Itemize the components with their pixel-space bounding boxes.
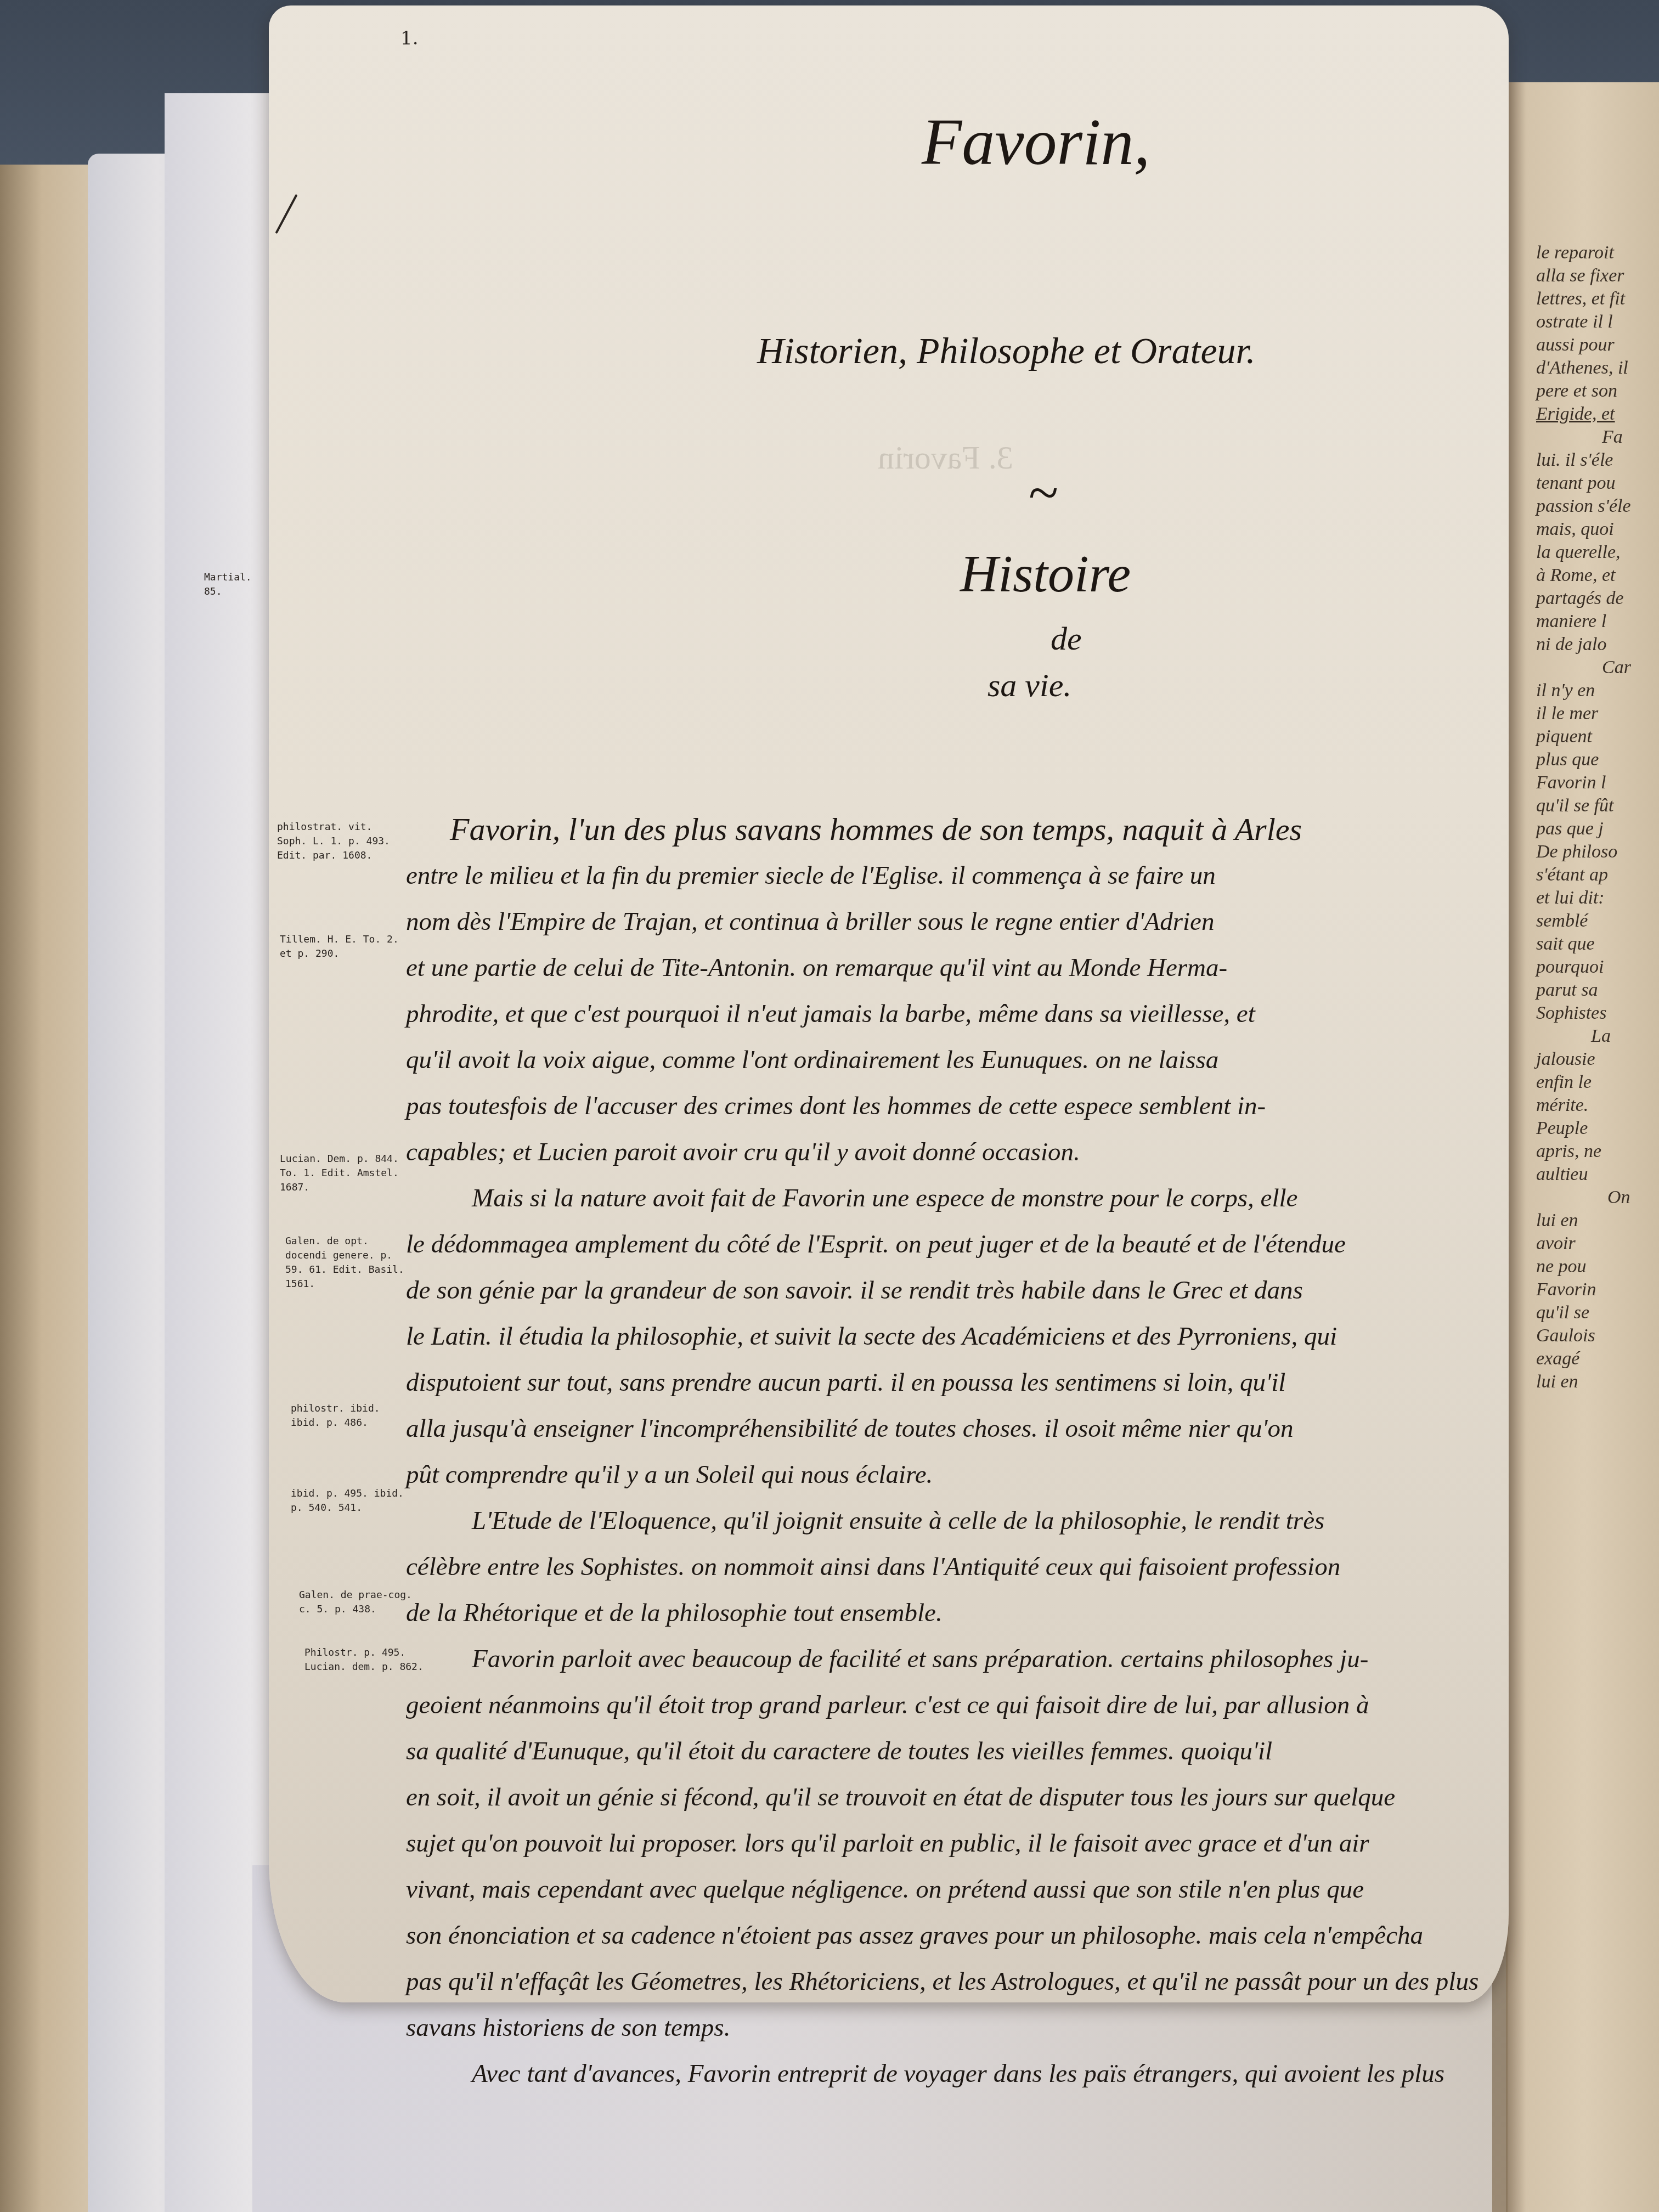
facing-line: ostrate il l <box>1536 311 1631 334</box>
ornament-tilde: ~ <box>1029 461 1058 524</box>
body-line: Favorin parloit avec beaucoup de facilit… <box>406 1636 1520 1682</box>
facing-line: Erigide, et <box>1536 403 1631 426</box>
page-subtitle: Historien, Philosophe et Orateur. <box>757 329 1256 373</box>
facing-line: aussi pour <box>1536 334 1631 357</box>
facing-line: aultieu <box>1536 1163 1631 1186</box>
body-line: Favorin, l'un des plus savans hommes de … <box>406 806 1520 853</box>
section-heading-sa-vie: sa vie. <box>988 667 1071 704</box>
margin-note-philostr-lucian: Philostr. p. 495. Lucian. dem. p. 862. <box>304 1646 425 1674</box>
body-line: de la Rhétorique et de la philosophie to… <box>406 1590 1520 1636</box>
body-line: L'Etude de l'Eloquence, qu'il joignit en… <box>406 1498 1520 1544</box>
facing-line: alla se fixer <box>1536 264 1631 287</box>
facing-line: piquent <box>1536 725 1631 748</box>
facing-line: plus que <box>1536 748 1631 771</box>
body-line: capables; et Lucien paroit avoir cru qu'… <box>406 1129 1520 1175</box>
facing-line: qu'il se <box>1536 1301 1631 1324</box>
body-line: sa qualité d'Eunuque, qu'il étoit du car… <box>406 1728 1520 1774</box>
facing-line: Peuple <box>1536 1117 1631 1140</box>
facing-line: il n'y en <box>1536 679 1631 702</box>
margin-note-philostrat: philostrat. vit. Soph. L. 1. p. 493. Edi… <box>277 820 398 863</box>
body-line: entre le milieu et la fin du premier sie… <box>406 853 1520 899</box>
section-heading: Histoire <box>960 543 1131 604</box>
body-line: pas toutesfois de l'accuser des crimes d… <box>406 1083 1520 1129</box>
body-line: le dédommagea amplement du côté de l'Esp… <box>406 1221 1520 1267</box>
facing-page-text: le reparoit alla se fixer lettres, et fi… <box>1536 241 1631 1393</box>
facing-line: Fa <box>1536 426 1631 449</box>
facing-line: ni de jalo <box>1536 633 1631 656</box>
margin-note-tillem: Tillem. H. E. To. 2. et p. 290. <box>280 933 400 961</box>
facing-line: La <box>1536 1025 1631 1048</box>
facing-line: qu'il se fût <box>1536 794 1631 817</box>
margin-note-galen-praecog: Galen. de prae-cog. c. 5. p. 438. <box>299 1588 420 1617</box>
facing-line: ne pou <box>1536 1255 1631 1278</box>
facing-line: Car <box>1536 656 1631 679</box>
margin-note-ibid: ibid. p. 495. ibid. p. 540. 541. <box>291 1487 411 1515</box>
facing-line: Favorin l <box>1536 771 1631 794</box>
facing-line: Favorin <box>1536 1278 1631 1301</box>
section-heading-de: de <box>1051 620 1082 658</box>
facing-line: à Rome, et <box>1536 564 1631 587</box>
facing-line: mais, quoi <box>1536 518 1631 541</box>
body-line: sujet qu'on pouvoit lui proposer. lors q… <box>406 1820 1520 1866</box>
facing-line: passion s'éle <box>1536 495 1631 518</box>
facing-line: Gaulois <box>1536 1324 1631 1347</box>
body-line: nom dès l'Empire de Trajan, et continua … <box>406 899 1520 945</box>
facing-line: jalousie <box>1536 1048 1631 1071</box>
page-title: Favorin, <box>922 104 1150 180</box>
facing-line: maniere l <box>1536 610 1631 633</box>
facing-line: tenant pou <box>1536 472 1631 495</box>
margin-note-martial: Martial. 85. <box>204 571 270 599</box>
facing-line: De philoso <box>1536 840 1631 864</box>
facing-line: s'étant ap <box>1536 864 1631 887</box>
facing-line: pourquoi <box>1536 956 1631 979</box>
facing-line: exagé <box>1536 1347 1631 1370</box>
facing-line: pas que j <box>1536 817 1631 840</box>
body-line: savans historiens de son temps. <box>406 2005 1520 2051</box>
facing-line: avoir <box>1536 1232 1631 1255</box>
body-line: de son génie par la grandeur de son savo… <box>406 1267 1520 1313</box>
body-line: disputoient sur tout, sans prendre aucun… <box>406 1359 1520 1406</box>
body-text: Favorin, l'un des plus savans hommes de … <box>406 806 1520 2097</box>
body-line: Avec tant d'avances, Favorin entreprit d… <box>406 2051 1520 2097</box>
facing-line: apris, ne <box>1536 1140 1631 1163</box>
facing-line: parut sa <box>1536 979 1631 1002</box>
facing-line: le reparoit <box>1536 241 1631 264</box>
body-line: alla jusqu'à enseigner l'incompréhensibi… <box>406 1406 1520 1452</box>
margin-note-philostr-ibid: philostr. ibid. ibid. p. 486. <box>291 1402 411 1430</box>
body-line: pût comprendre qu'il y a un Soleil qui n… <box>406 1452 1520 1498</box>
body-line: vivant, mais cependant avec quelque négl… <box>406 1866 1520 1912</box>
manuscript-photo: 1. Favorin, Historien, Philosophe et Ora… <box>0 0 1659 2212</box>
facing-line: la querelle, <box>1536 541 1631 564</box>
body-line: phrodite, et que c'est pourquoi il n'eut… <box>406 991 1520 1037</box>
body-line: et une partie de celui de Tite-Antonin. … <box>406 945 1520 991</box>
margin-note-galen: Galen. de opt. docendi genere. p. 59. 61… <box>285 1234 406 1291</box>
facing-line: lui en <box>1536 1209 1631 1232</box>
body-line: pas qu'il n'effaçât les Géometres, les R… <box>406 1959 1520 2005</box>
facing-line: On <box>1536 1186 1631 1209</box>
facing-line: mérite. <box>1536 1094 1631 1117</box>
facing-line: et lui dit: <box>1536 887 1631 910</box>
body-line: son énonciation et sa cadence n'étoient … <box>406 1912 1520 1959</box>
facing-line: sait que <box>1536 933 1631 956</box>
body-line: Mais si la nature avoit fait de Favorin … <box>406 1175 1520 1221</box>
body-line: qu'il avoit la voix aigue, comme l'ont o… <box>406 1037 1520 1083</box>
facing-line: lui en <box>1536 1370 1631 1393</box>
body-line: le Latin. il étudia la philosophie, et s… <box>406 1313 1520 1359</box>
body-line: geoient néanmoins qu'il étoit trop grand… <box>406 1682 1520 1728</box>
facing-line: Sophistes <box>1536 1002 1631 1025</box>
facing-line: lettres, et fit <box>1536 287 1631 311</box>
bleed-through-text: 3. Favorin <box>878 439 1013 477</box>
facing-line: partagés de <box>1536 587 1631 610</box>
facing-line: d'Athenes, il <box>1536 357 1631 380</box>
facing-line: lui. il s'éle <box>1536 449 1631 472</box>
facing-line: enfin le <box>1536 1071 1631 1094</box>
facing-line: semblé <box>1536 910 1631 933</box>
facing-line: pere et son <box>1536 380 1631 403</box>
body-line: célèbre entre les Sophistes. on nommoit … <box>406 1544 1520 1590</box>
margin-note-lucian: Lucian. Dem. p. 844. To. 1. Edit. Amstel… <box>280 1152 400 1195</box>
facing-line: il le mer <box>1536 702 1631 725</box>
body-line: en soit, il avoit un génie si fécond, qu… <box>406 1774 1520 1820</box>
page-number: 1. <box>400 27 418 49</box>
